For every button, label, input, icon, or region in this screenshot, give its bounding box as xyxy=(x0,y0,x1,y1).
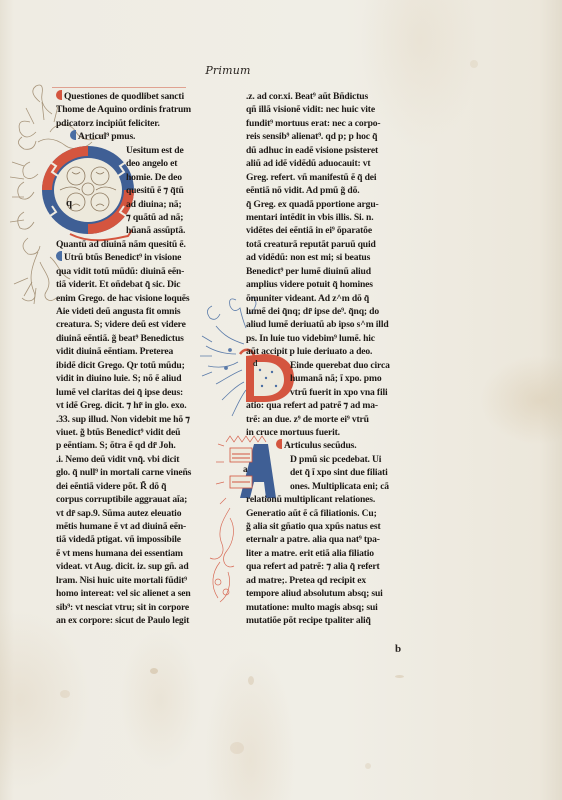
text-line: D pmũ sic pcedebat. Ui xyxy=(246,453,406,466)
text-line: aũt accipit p luie deriuato a deo. xyxy=(246,345,406,358)
text-line: deo angelo et xyxy=(56,157,216,170)
text-line: in cruce mortuus fuerit. xyxy=(246,426,406,439)
line-text: sib⁹: vt nesciat vtru; sit in corpore xyxy=(56,602,189,613)
text-line: ps. In luie tuo videbim⁹ lumẽ. hic xyxy=(246,332,406,345)
text-line: Quantũ ad diuinã nãm quesitũ ẽ. xyxy=(56,238,216,251)
text-line: glo. q̃ null⁹ in mortali carne vineñs xyxy=(56,466,216,479)
line-text: q̃ Greg. ex quadã pportione argu- xyxy=(246,199,379,210)
line-text: Articulus secũdus. xyxy=(284,440,356,451)
text-line: corpus corruptibile aggrauat aĩa; xyxy=(56,493,216,506)
line-text: ibidẽ dicit Grego. Qr totũ mũdu; xyxy=(56,360,185,371)
line-text: ad matre;. Pretea qd recipit ex xyxy=(246,575,366,586)
line-text: totã creaturã reputãt paruũ quid xyxy=(246,239,376,250)
line-text: Utrũ btũs Benedict⁹ in visione xyxy=(64,252,181,263)
line-text: dei eẽntiã videre põt. R̃ dõ q̃ xyxy=(56,481,166,492)
text-line: Generatio aũt ẽ cã filiationis. Cu; xyxy=(246,507,406,520)
paragraph-mark xyxy=(70,130,76,140)
foxing-spot xyxy=(395,675,404,678)
line-text: Einde querebat duo circa xyxy=(290,360,390,371)
text-line: q̃ Greg. ex quadã pportione argu- xyxy=(246,198,406,211)
text-line: ones. Multiplicata eni; cã xyxy=(246,480,406,493)
text-line: tiã videdã ptigat. vñ impossibile xyxy=(56,533,216,546)
text-line: .33. sup illud. Non videbit me hõ ⁊ xyxy=(56,413,216,426)
line-text: viuet. g̃ btũs Benedict⁹ vidit deũ xyxy=(56,427,180,438)
line-text: homo intereat: vel sic alienet a sen xyxy=(56,588,191,599)
line-text: tempore aliud absolutum absq; sui xyxy=(246,588,383,599)
text-line: Aie videti deũ angusta fit omnis xyxy=(56,305,216,318)
text-line: dũ adhuc in eadẽ visione psisteret xyxy=(246,144,406,157)
text-line: ⁊ quãtũ ad nã; xyxy=(56,211,216,224)
text-line: vtrũ fuerit in xpo vna fili xyxy=(246,386,406,399)
text-line: fundit⁹ mortuus erat: nec a corpo- xyxy=(246,117,406,130)
line-text: vidẽtes dei eẽntiã in ei⁹ õparatõe xyxy=(246,225,372,236)
line-text: liter a matre. erit etiã alia filiatio xyxy=(246,548,374,559)
text-line: Articulus secũdus. xyxy=(246,439,406,452)
left-column: Questiones de quodlibet sancti Thome de … xyxy=(56,90,216,628)
line-text: Uesitum est de xyxy=(126,145,184,156)
text-line: tempore aliud absolutum absq; sui xyxy=(246,587,406,600)
text-line: qñ illã visionẽ vidit: nec huic vite xyxy=(246,103,406,116)
line-text: p eẽntiam. S; õtra ẽ qd dr̃ Joh. xyxy=(56,440,176,451)
line-text: mutatiõe põt recipe tpaliter aliq̃ xyxy=(246,615,371,626)
text-line: .i. Nemo deũ vidit vnq̃. vbi dicit xyxy=(56,453,216,466)
line-text: dũ adhuc in eadẽ visione psisteret xyxy=(246,145,378,156)
line-text: lumẽ vel claritas dei q̃ ipse deus: xyxy=(56,387,183,398)
text-line: Benedict⁹ per lumẽ diuinũ aliud xyxy=(246,265,406,278)
text-line: Questiones de quodlibet sancti xyxy=(56,90,216,103)
text-line: enim Grego. de hac visione loquẽs xyxy=(56,292,216,305)
line-text: vt dr̃ sap.9. Sũma autez eleuatio xyxy=(56,508,181,519)
line-text: õmuniter videant. Ad z^m dõ q̃ xyxy=(246,293,369,304)
text-line: mutatione: multo magis absq; sui xyxy=(246,601,406,614)
line-text: tiã viderit. Et oñdebat q̃ sic. Dic xyxy=(56,279,180,290)
text-line: hũanã assũptã. xyxy=(56,224,216,237)
text-line: aliũ ad idẽ vidẽdũ aduocauit: vt xyxy=(246,157,406,170)
line-text: quesitũ ẽ ⁊ q̃tũ xyxy=(126,185,184,196)
text-line: ad diuina; nã; xyxy=(56,198,216,211)
line-text: ps. In luie tuo videbim⁹ lumẽ. hic xyxy=(246,333,375,344)
foxing-spot xyxy=(470,60,478,68)
text-line: Utrũ btũs Benedict⁹ in visione xyxy=(56,251,216,264)
line-text: mentari intẽdit in vbis illis. Si. n. xyxy=(246,212,373,223)
line-text: glo. q̃ null⁹ in mortali carne vineñs xyxy=(56,467,191,478)
text-line: p eẽntiam. S; õtra ẽ qd dr̃ Joh. xyxy=(56,439,216,452)
line-text: Benedict⁹ per lumẽ diuinũ aliud xyxy=(246,266,371,277)
text-line: mutatiõe põt recipe tpaliter aliq̃ xyxy=(246,614,406,627)
text-line: totã creaturã reputãt paruũ quid xyxy=(246,238,406,251)
text-line: qua refert ad patrẽ: ⁊ alia q̃ refert xyxy=(246,560,406,573)
text-line: pdicatorz incipiũt feliciter. xyxy=(56,117,216,130)
line-text: ad diuina; nã; xyxy=(126,199,182,210)
text-line: Thome de Aquino ordinis fratrum xyxy=(56,103,216,116)
line-text: Greg. refert. vñ manifestũ ẽ q̃ dei xyxy=(246,172,376,183)
text-line: Uesitum est de xyxy=(56,144,216,157)
line-text: videat. vt Aug. dicit. iz. sup gñ. ad xyxy=(56,561,189,572)
line-text: lram. Nisi huic uite mortali fũdit⁹ xyxy=(56,575,187,586)
foxing-spot xyxy=(150,668,158,674)
line-text: fundit⁹ mortuus erat: nec a corpo- xyxy=(246,118,380,129)
line-text: .z. ad cor.xi. Beat⁹ aũt Bñdictus xyxy=(246,91,368,102)
line-text: lumẽ dei q̃nq; dr̃ ipse de⁹. q̃nq; do xyxy=(246,306,379,317)
text-line: homo intereat: vel sic alienet a sen xyxy=(56,587,216,600)
text-line: trẽ: an due. z⁹ de morte ei⁹ vtrũ xyxy=(246,413,406,426)
text-line: relationũ multiplicant relationes. xyxy=(246,493,406,506)
line-text: ones. Multiplicata eni; cã xyxy=(290,481,389,492)
line-text: mẽtis humane ẽ vt ad diuinã eẽn- xyxy=(56,521,186,532)
text-line: viuet. g̃ btũs Benedict⁹ vidit deũ xyxy=(56,426,216,439)
text-line: qua vidit totũ mũdũ: diuinã eẽn- xyxy=(56,265,216,278)
incunabulum-page: Primum xyxy=(0,0,562,800)
text-line: det q̃ ĩ xpo sint due filiati xyxy=(246,466,406,479)
line-text: tiã videdã ptigat. vñ impossibile xyxy=(56,534,181,545)
line-text: diuinã eẽntiã. g̃ beat⁹ Benedictus xyxy=(56,333,184,344)
line-text: pdicatorz incipiũt feliciter. xyxy=(56,118,160,129)
line-text: enim Grego. de hac visione loquẽs xyxy=(56,293,189,304)
line-text: deo angelo et xyxy=(126,158,177,169)
text-line: videat. vt Aug. dicit. iz. sup gñ. ad xyxy=(56,560,216,573)
text-line: vt dr̃ sap.9. Sũma autez eleuatio xyxy=(56,507,216,520)
text-line: mentari intẽdit in vbis illis. Si. n. xyxy=(246,211,406,224)
line-text: Quantũ ad diuinã nãm quesitũ ẽ. xyxy=(56,239,186,250)
line-text: qñ illã visionẽ vidit: nec huic vite xyxy=(246,104,375,115)
text-line: g̃ alia sit gñatio qua xpũs natus est xyxy=(246,520,406,533)
line-text: in cruce mortuus fuerit. xyxy=(246,427,340,438)
text-line: ibidẽ dicit Grego. Qr totũ mũdu; xyxy=(56,359,216,372)
text-line: eternalr a patre. alia qua nat⁹ tpa- xyxy=(246,533,406,546)
foxing-spot xyxy=(365,763,371,769)
paragraph-mark xyxy=(56,90,62,100)
line-text: .i. Nemo deũ vidit vnq̃. vbi dicit xyxy=(56,454,179,465)
line-text: D pmũ sic pcedebat. Ui xyxy=(290,454,381,465)
text-line: diuinã eẽntiã. g̃ beat⁹ Benedictus xyxy=(56,332,216,345)
line-text: qua refert ad patrẽ: ⁊ alia q̃ refert xyxy=(246,561,380,572)
line-text: creatura. S; videre deũ est videre xyxy=(56,319,186,330)
line-text: ad vidẽdũ: non est mi; si beatus xyxy=(246,252,370,263)
text-line: mẽtis humane ẽ vt ad diuinã eẽn- xyxy=(56,520,216,533)
text-line: vt idẽ Greg. dicit. ⁊ hr̃ in glo. exo. xyxy=(56,399,216,412)
text-line: liter a matre. erit etiã alia filiatio xyxy=(246,547,406,560)
line-text: atio: qua refert ad patrẽ ⁊ ad ma- xyxy=(246,400,378,411)
text-line: vidit in diuino luie. S; nõ ẽ aliud xyxy=(56,372,216,385)
foxing-spot xyxy=(248,676,254,685)
line-text: .33. sup illud. Non videbit me hõ ⁊ xyxy=(56,414,190,425)
text-line: quesitũ ẽ ⁊ q̃tũ xyxy=(56,184,216,197)
line-text: Generatio aũt ẽ cã filiationis. Cu; xyxy=(246,508,377,519)
line-text: homie. De deo xyxy=(126,172,182,183)
line-text: Thome de Aquino ordinis fratrum xyxy=(56,104,191,115)
text-line: amplius videre potuit q̃ homines xyxy=(246,278,406,291)
line-text: vt idẽ Greg. dicit. ⁊ hr̃ in glo. exo. xyxy=(56,400,187,411)
text-line: tiã viderit. Et oñdebat q̃ sic. Dic xyxy=(56,278,216,291)
right-column: .z. ad cor.xi. Beat⁹ aũt Bñdictus qñ ill… xyxy=(246,90,406,628)
text-line: vidẽtes dei eẽntiã in ei⁹ õparatõe xyxy=(246,224,406,237)
line-text: mutatione: multo magis absq; sui xyxy=(246,602,378,613)
running-header: Primum xyxy=(203,64,253,77)
line-text: vidit in diuino luie. S; nõ ẽ aliud xyxy=(56,373,181,384)
text-line: Greg. refert. vñ manifestũ ẽ q̃ dei xyxy=(246,171,406,184)
line-text: reis sensib⁹ alienat⁹. qd p; p hoc q̃ xyxy=(246,131,377,142)
text-line: ad matre;. Pretea qd recipit ex xyxy=(246,574,406,587)
line-text: aũt accipit p luie deriuato a deo. xyxy=(246,346,372,357)
line-text: Aie videti deũ angusta fit omnis xyxy=(56,306,180,317)
text-line: .z. ad cor.xi. Beat⁹ aũt Bñdictus xyxy=(246,90,406,103)
text-line: Articul⁹ pmus. xyxy=(56,130,216,143)
line-text: amplius videre potuit q̃ homines xyxy=(246,279,373,290)
line-text: eternalr a patre. alia qua nat⁹ tpa- xyxy=(246,534,380,545)
text-line: sib⁹: vt nesciat vtru; sit in corpore xyxy=(56,601,216,614)
line-text: vtrũ fuerit in xpo vna fili xyxy=(290,387,388,398)
line-text: ẽ vt mens humana dei essentiam xyxy=(56,548,183,559)
line-text: Questiones de quodlibet sancti xyxy=(64,91,184,102)
text-line: lram. Nisi huic uite mortali fũdit⁹ xyxy=(56,574,216,587)
text-line: ẽ vt mens humana dei essentiam xyxy=(56,547,216,560)
line-text: relationũ multiplicant relationes. xyxy=(246,494,375,505)
line-text: g̃ alia sit gñatio qua xpũs natus est xyxy=(246,521,381,532)
text-line: eẽntiã nõ vidit. Ad pmũ g̃ dõ. xyxy=(246,184,406,197)
text-line: ad vidẽdũ: non est mi; si beatus xyxy=(246,251,406,264)
text-line: dei eẽntiã videre põt. R̃ dõ q̃ xyxy=(56,480,216,493)
line-text: det q̃ ĩ xpo sint due filiati xyxy=(290,467,388,478)
signature-mark: b xyxy=(395,643,401,655)
text-line: Einde querebat duo circa xyxy=(246,359,406,372)
line-text: eẽntiã nõ vidit. Ad pmũ g̃ dõ. xyxy=(246,185,359,196)
line-text: aliũ ad idẽ vidẽdũ aduocauit: vt xyxy=(246,158,370,169)
text-line: an ex corpore: sicut de Paulo legit xyxy=(56,614,216,627)
paragraph-mark xyxy=(276,439,282,449)
line-text: humanã nã; ĩ xpo. pmo xyxy=(290,373,381,384)
line-text: ⁊ quãtũ ad nã; xyxy=(126,212,183,223)
foxing-spot xyxy=(230,742,244,754)
line-text: trẽ: an due. z⁹ de morte ei⁹ vtrũ xyxy=(246,414,369,425)
text-line: aliud lumẽ deriuatũ ab ipso s^m illd xyxy=(246,318,406,331)
text-line: homie. De deo xyxy=(56,171,216,184)
text-line: lumẽ vel claritas dei q̃ ipse deus: xyxy=(56,386,216,399)
text-line: reis sensib⁹ alienat⁹. qd p; p hoc q̃ xyxy=(246,130,406,143)
text-line: creatura. S; videre deũ est videre xyxy=(56,318,216,331)
line-text: corpus corruptibile aggrauat aĩa; xyxy=(56,494,187,505)
text-line: lumẽ dei q̃nq; dr̃ ipse de⁹. q̃nq; do xyxy=(246,305,406,318)
text-line: vidit diuinã eẽntiam. Preterea xyxy=(56,345,216,358)
line-text: hũanã assũptã. xyxy=(126,225,185,236)
paragraph-mark xyxy=(56,251,62,261)
line-text: an ex corpore: sicut de Paulo legit xyxy=(56,615,189,626)
line-text: qua vidit totũ mũdũ: diuinã eẽn- xyxy=(56,266,184,277)
line-text: Articul⁹ pmus. xyxy=(78,131,135,142)
text-line: humanã nã; ĩ xpo. pmo xyxy=(246,372,406,385)
text-line: õmuniter videant. Ad z^m dõ q̃ xyxy=(246,292,406,305)
foxing-spot xyxy=(60,690,70,698)
line-text: vidit diuinã eẽntiam. Preterea xyxy=(56,346,173,357)
line-text: aliud lumẽ deriuatũ ab ipso s^m illd xyxy=(246,319,389,330)
text-line: atio: qua refert ad patrẽ ⁊ ad ma- xyxy=(246,399,406,412)
